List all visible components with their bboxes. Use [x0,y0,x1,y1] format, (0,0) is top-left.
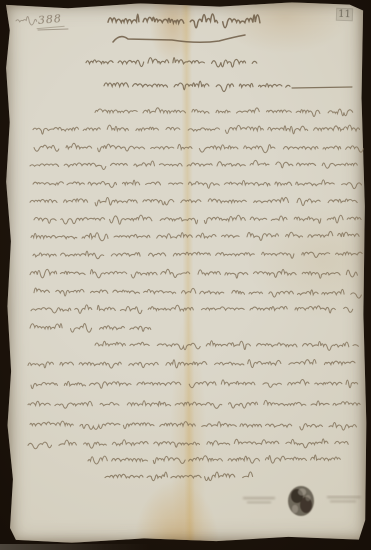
archive-number: 388 [35,12,64,29]
manuscript-scan: 388 11 [0,0,371,550]
scan-edge-strip [0,544,150,550]
handwriting-layer [0,0,371,550]
address-block [86,58,352,92]
heading-line [108,14,260,42]
ink-stamp-icon [243,486,361,516]
signature-line [105,472,253,481]
closing-date-line [88,455,340,464]
folio-number: 11 [336,8,353,22]
body-paragraph-2 [28,341,360,449]
body-paragraph-1 [30,108,363,332]
